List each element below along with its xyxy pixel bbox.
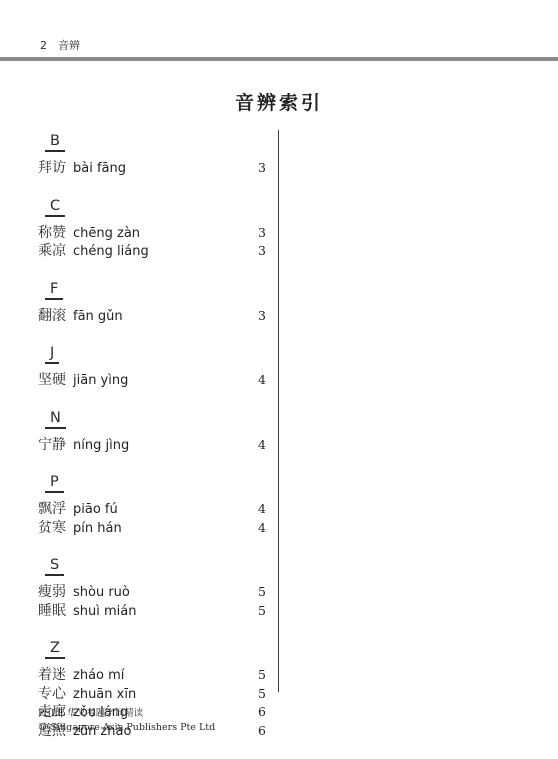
entry-word: 瘦弱 xyxy=(38,584,66,600)
entry-word: 称赞 xyxy=(38,225,66,241)
entry-pinyin: shòu ruò xyxy=(73,585,130,600)
entry-pinyin: bài fāng xyxy=(73,161,126,176)
section-letter: N xyxy=(45,410,66,429)
entry-text: 睡眠shuì mián xyxy=(38,601,136,622)
entry-page-number: 5 xyxy=(258,583,266,602)
entry-word: 睡眠 xyxy=(38,603,66,619)
index-entry: 专心zhuān xīn5 xyxy=(38,684,266,703)
entry-page-number: 3 xyxy=(258,307,266,326)
entry-page-number: 5 xyxy=(258,666,266,685)
entry-text: 乘凉chéng liáng xyxy=(38,241,149,262)
entry-text: 专心zhuān xīn xyxy=(38,684,136,705)
entry-word: 着迷 xyxy=(38,667,66,683)
index-entry: 睡眠shuì mián5 xyxy=(38,601,266,620)
entry-page-number: 4 xyxy=(258,519,266,538)
entry-pinyin: piāo fú xyxy=(73,502,118,517)
entry-pinyin: níng jìng xyxy=(73,438,129,453)
page-title: 音辨索引 xyxy=(0,88,558,115)
header-rule xyxy=(0,57,558,61)
footer-copyright: © Singapore Asia Publishers Pte Ltd xyxy=(38,721,215,735)
entry-word: 飘浮 xyxy=(38,501,66,517)
index-section-N: N宁静níng jìng4 xyxy=(38,407,266,454)
page-header: 2音辨 xyxy=(40,37,80,53)
entry-word: 贫寒 xyxy=(38,520,66,536)
entry-word: 坚硬 xyxy=(38,372,66,388)
entry-pinyin: pín hán xyxy=(73,521,122,536)
index-entry: 翻滚fān gǔn3 xyxy=(38,306,266,325)
entry-word: 专心 xyxy=(38,686,66,702)
section-letter: F xyxy=(45,281,63,300)
entry-page-number: 3 xyxy=(258,224,266,243)
entry-pinyin: jiān yìng xyxy=(73,373,128,388)
section-letter: P xyxy=(45,474,64,493)
index-section-B: B拜访bài fāng3 xyxy=(38,130,266,177)
entry-pinyin: fān gǔn xyxy=(73,309,123,324)
entry-text: 称赞chēng zàn xyxy=(38,223,140,244)
entry-text: 坚硬jiān yìng xyxy=(38,370,128,391)
entry-text: 着迷zháo mí xyxy=(38,665,124,686)
entry-pinyin: zháo mí xyxy=(73,668,124,683)
entry-pinyin: shuì mián xyxy=(73,604,136,619)
index-entry: 拜访bài fāng3 xyxy=(38,158,266,177)
footer-book-title: PSLE 华文考题字词精读 xyxy=(38,707,215,721)
entry-page-number: 4 xyxy=(258,371,266,390)
entry-text: 拜访bài fāng xyxy=(38,158,126,179)
entry-text: 宁静níng jìng xyxy=(38,435,129,456)
section-letter: C xyxy=(45,198,65,217)
entry-page-number: 3 xyxy=(258,242,266,261)
entry-pinyin: zhuān xīn xyxy=(73,687,136,702)
entry-page-number: 6 xyxy=(258,703,266,722)
header-page-number: 2 xyxy=(40,39,47,52)
section-letter: S xyxy=(45,557,64,576)
page-footer: PSLE 华文考题字词精读 © Singapore Asia Publisher… xyxy=(38,707,215,735)
section-letter: B xyxy=(45,133,65,152)
index-list: B拜访bài fāng3C称赞chēng zàn3乘凉chéng liáng3F… xyxy=(38,130,266,757)
section-letter: J xyxy=(45,345,59,364)
entry-pinyin: chēng zàn xyxy=(73,226,140,241)
entry-pinyin: chéng liáng xyxy=(73,244,149,259)
index-section-S: S瘦弱shòu ruò5睡眠shuì mián5 xyxy=(38,554,266,619)
index-entry: 瘦弱shòu ruò5 xyxy=(38,582,266,601)
index-entry: 贫寒pín hán4 xyxy=(38,518,266,537)
index-entry: 飘浮piāo fú4 xyxy=(38,499,266,518)
index-section-F: F翻滚fān gǔn3 xyxy=(38,278,266,325)
entry-page-number: 3 xyxy=(258,159,266,178)
entry-page-number: 6 xyxy=(258,722,266,741)
entry-page-number: 4 xyxy=(258,500,266,519)
index-entry: 乘凉chéng liáng3 xyxy=(38,241,266,260)
entry-word: 拜访 xyxy=(38,160,66,176)
entry-text: 瘦弱shòu ruò xyxy=(38,582,130,603)
index-entry: 着迷zháo mí5 xyxy=(38,665,266,684)
entry-word: 乘凉 xyxy=(38,243,66,259)
index-section-J: J坚硬jiān yìng4 xyxy=(38,342,266,389)
index-entry: 坚硬jiān yìng4 xyxy=(38,370,266,389)
index-entry: 称赞chēng zàn3 xyxy=(38,223,266,242)
index-page: 2音辨 音辨索引 B拜访bài fāng3C称赞chēng zàn3乘凉chén… xyxy=(0,0,558,759)
header-chapter: 音辨 xyxy=(58,39,80,52)
entry-word: 宁静 xyxy=(38,437,66,453)
entry-page-number: 4 xyxy=(258,436,266,455)
entry-word: 翻滚 xyxy=(38,308,66,324)
entry-text: 翻滚fān gǔn xyxy=(38,306,123,327)
entry-text: 飘浮piāo fú xyxy=(38,499,118,520)
entry-page-number: 5 xyxy=(258,685,266,704)
entry-text: 贫寒pín hán xyxy=(38,518,122,539)
section-letter: Z xyxy=(45,640,65,659)
index-section-C: C称赞chēng zàn3乘凉chéng liáng3 xyxy=(38,195,266,260)
column-divider xyxy=(278,130,279,692)
index-section-P: P飘浮piāo fú4贫寒pín hán4 xyxy=(38,471,266,536)
index-entry: 宁静níng jìng4 xyxy=(38,435,266,454)
entry-page-number: 5 xyxy=(258,602,266,621)
